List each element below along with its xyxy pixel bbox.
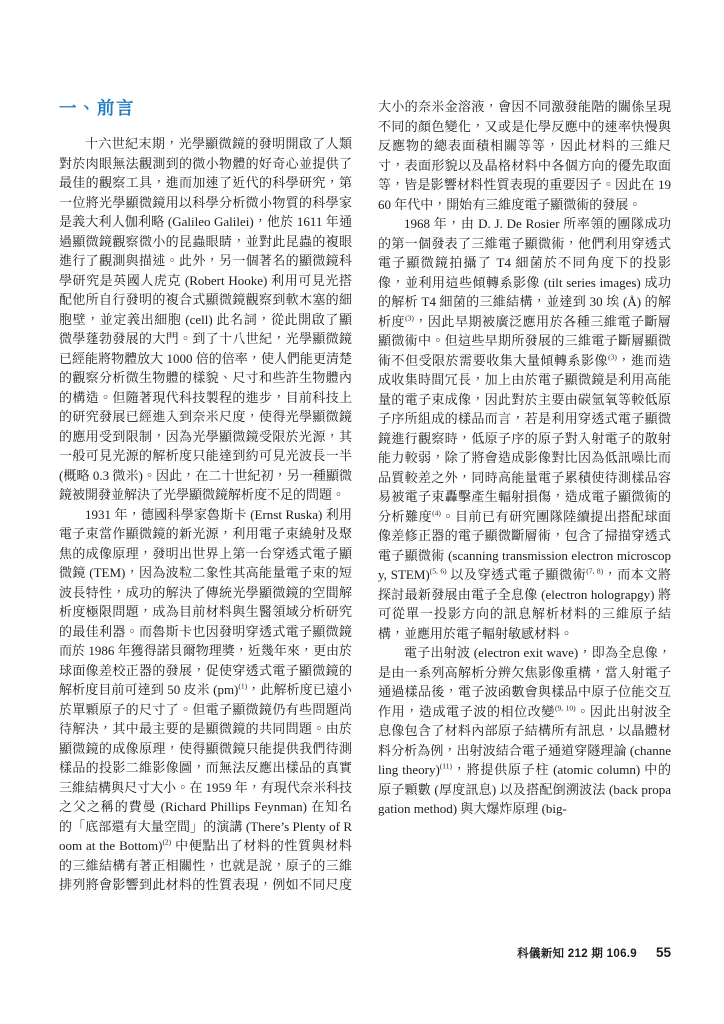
citation-superscript: (5, 6)	[430, 567, 447, 576]
citation-superscript: (3)	[405, 313, 414, 322]
document-page: 一、前言 十六世紀末期，光學顯微鏡的發明開啟了人類對於肉眼無法觀測到的微小物體的…	[0, 0, 724, 1024]
journal-issue-label: 科儀新知 212 期 106.9	[517, 945, 637, 961]
page-number: 55	[656, 945, 671, 960]
citation-superscript: (4)	[432, 508, 441, 517]
section-heading: 一、前言	[59, 97, 352, 120]
paragraph: 電子出射波 (electron exit wave)，即為全息像，是由一系列高解…	[378, 643, 671, 819]
paragraph: 十六世紀末期，光學顯微鏡的發明開啟了人類對於肉眼無法觀測到的微小物體的好奇心並提…	[59, 134, 352, 505]
citation-superscript: (11)	[440, 762, 452, 771]
citation-superscript: (3)	[608, 352, 617, 361]
citation-superscript: (2)	[162, 838, 171, 847]
paragraph: 1968 年，由 D. J. De Rosier 所率領的團隊成功的第一個發表了…	[378, 214, 671, 643]
citation-superscript: (7, 8)	[586, 567, 603, 576]
page-footer: 科儀新知 212 期 106.9 55	[59, 945, 671, 961]
citation-superscript: (1)	[238, 682, 247, 691]
citation-superscript: (9, 10)	[555, 703, 576, 712]
paragraphs: 十六世紀末期，光學顯微鏡的發明開啟了人類對於肉眼無法觀測到的微小物體的好奇心並提…	[59, 97, 671, 909]
article-body: 一、前言 十六世紀末期，光學顯微鏡的發明開啟了人類對於肉眼無法觀測到的微小物體的…	[59, 97, 671, 909]
